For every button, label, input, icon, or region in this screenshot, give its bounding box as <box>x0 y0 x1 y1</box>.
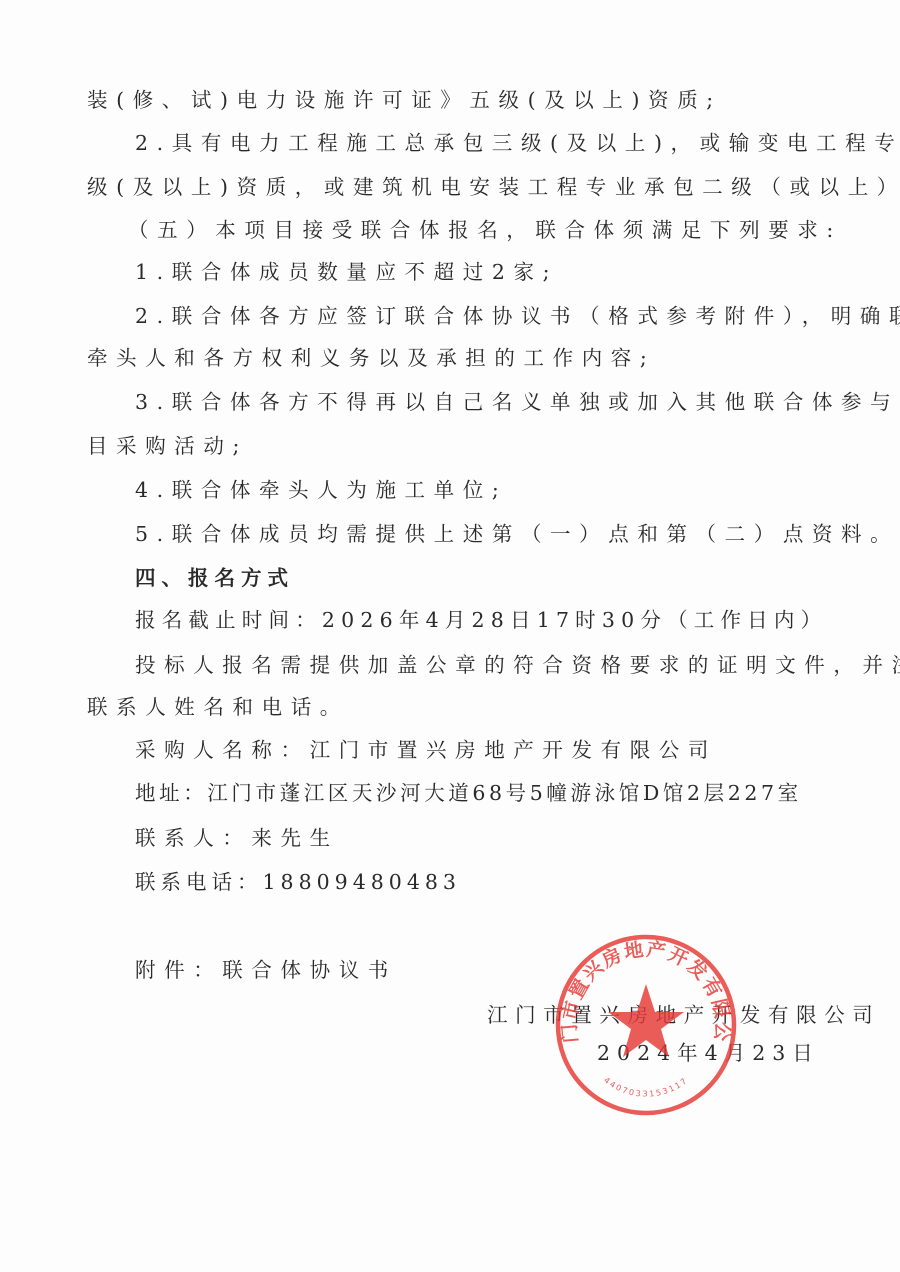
consortium-item-4: 4.联合体牵头人为施工单位; <box>135 477 507 503</box>
attachment-note: 附件：联合体协议书 <box>135 957 397 983</box>
text-line-3: 级(及以上)资质，或建筑机电安装工程专业承包二级（或以上）资质。 <box>87 174 900 200</box>
consortium-item-3-cont: 目采购活动; <box>87 433 248 459</box>
purchaser-name: 采购人名称：江门市置兴房地产开发有限公司 <box>135 737 717 763</box>
consortium-item-2-cont: 牵头人和各方权利义务以及承担的工作内容; <box>87 345 655 371</box>
svg-text:4407033153117: 4407033153117 <box>602 1076 690 1099</box>
signature-date: 2024年4月23日 <box>597 1040 820 1066</box>
registration-requirement-cont: 联系人姓名和电话。 <box>87 694 349 720</box>
registration-requirement: 投标人报名需提供加盖公章的符合资格要求的证明文件，并注明 <box>135 652 900 678</box>
consortium-intro: （五）本项目接受联合体报名，联合体须满足下列要求: <box>128 217 842 243</box>
contact-person: 联系人：来先生 <box>135 825 339 851</box>
document-page: 装(修、试)电力设施许可证》五级(及以上)资质; 2.具有电力工程施工总承包三级… <box>0 0 900 1272</box>
consortium-item-3: 3.联合体各方不得再以自己名义单独或加入其他联合体参与本项 <box>135 389 900 415</box>
stamp-code: 4407033153117 <box>602 1076 690 1099</box>
text-line-1: 装(修、试)电力设施许可证》五级(及以上)资质; <box>87 87 722 113</box>
section-heading: 四、报名方式 <box>135 565 294 591</box>
requirement-item-2: 2.具有电力工程施工总承包三级(及以上)，或输变电工程专包三 <box>135 130 900 156</box>
consortium-item-5: 5.联合体成员均需提供上述第（一）点和第（二）点资料。 <box>135 521 899 547</box>
contact-phone: 联系电话：18809480483 <box>135 869 461 895</box>
registration-deadline: 报名截止时间：2026年4月28日17时30分（工作日内） <box>135 607 827 633</box>
signature-company: 江门市置兴房地产开发有限公司 <box>487 1002 880 1028</box>
consortium-item-1: 1.联合体成员数量应不超过2家; <box>135 259 558 285</box>
address: 地址：江门市蓬江区天沙河大道68号5幢游泳馆D馆2层227室 <box>135 780 802 806</box>
consortium-item-2: 2.联合体各方应签订联合体协议书（格式参考附件），明确联合体 <box>135 303 900 329</box>
